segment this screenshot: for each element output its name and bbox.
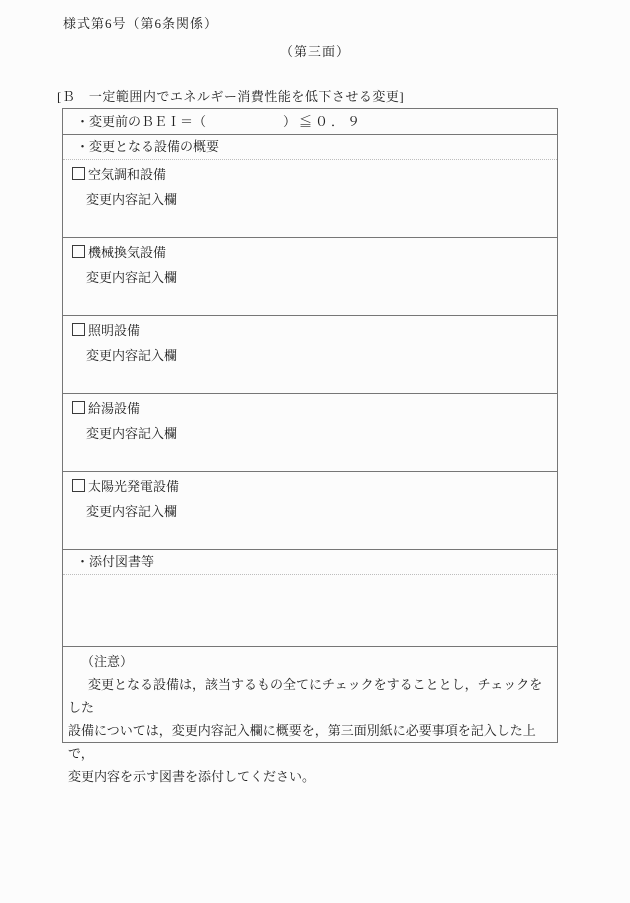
equipment-label-line: 給湯設備 [72,400,549,418]
attachments-row: ・添付図書等 [63,550,557,575]
equipment-label-line: 照明設備 [72,322,549,340]
checkbox-solar-power[interactable] [72,479,85,492]
notes-line: 変更内容を示す図書を添付してください。 [68,765,552,788]
entry-field-label: 変更内容記入欄 [72,191,549,209]
entry-field-label: 変更内容記入欄 [72,503,549,521]
bei-row: ・変更前のＢＥＩ＝（）≦０．９ [63,109,557,135]
entry-area-solar-power[interactable] [72,521,549,545]
equipment-label-line: 太陽光発電設備 [72,478,549,496]
bei-value-field[interactable] [206,116,283,126]
notes-line: 設備については，変更内容記入欄に概要を，第三面別紙に必要事項を記入した上で， [68,719,552,765]
equipment-label: 太陽光発電設備 [88,479,179,494]
document-page: 様式第6号（第6条関係） （第三面） [Ｂ 一定範囲内でエネルギー消費性能を低下… [0,0,630,903]
entry-area-air-conditioning[interactable] [72,209,549,233]
entry-area-mechanical-ventilation[interactable] [72,287,549,311]
equipment-block-mechanical-ventilation: 機械換気設備 変更内容記入欄 [63,238,557,316]
entry-field-label: 変更内容記入欄 [72,269,549,287]
equipment-label-line: 空気調和設備 [72,166,549,184]
bei-suffix-label: ）≦０．９ [283,114,363,129]
notes-line: 変更となる設備は，該当するもの全てにチェックをすることとし，チェックをした [68,673,552,719]
equipment-block-air-conditioning: 空気調和設備 変更内容記入欄 [63,160,557,238]
change-form-table: ・変更前のＢＥＩ＝（）≦０．９ ・変更となる設備の概要 空気調和設備 変更内容記… [62,108,558,743]
entry-field-label: 変更内容記入欄 [72,347,549,365]
equipment-label-line: 機械換気設備 [72,244,549,262]
equipment-label: 空気調和設備 [88,167,166,182]
entry-area-hot-water[interactable] [72,443,549,467]
attachments-entry-area[interactable] [63,575,557,647]
form-number-label: 様式第6号（第6条関係） [63,13,218,32]
notes-title: （注意） [68,650,552,673]
section-title: [Ｂ 一定範囲内でエネルギー消費性能を低下させる変更] [57,86,404,105]
equipment-label: 機械換気設備 [88,245,166,260]
page-face-label: （第三面） [0,41,630,60]
notes-section: （注意） 変更となる設備は，該当するもの全てにチェックをすることとし，チェックを… [63,647,557,742]
checkbox-air-conditioning[interactable] [72,167,85,180]
checkbox-mechanical-ventilation[interactable] [72,245,85,258]
equipment-block-solar-power: 太陽光発電設備 変更内容記入欄 [63,472,557,550]
equipment-overview-row: ・変更となる設備の概要 [63,135,557,160]
equipment-block-hot-water: 給湯設備 変更内容記入欄 [63,394,557,472]
checkbox-lighting[interactable] [72,323,85,336]
equipment-label: 給湯設備 [88,401,140,416]
equipment-block-lighting: 照明設備 変更内容記入欄 [63,316,557,394]
entry-field-label: 変更内容記入欄 [72,425,549,443]
bei-prefix-label: ・変更前のＢＥＩ＝（ [76,114,206,129]
equipment-label: 照明設備 [88,323,140,338]
entry-area-lighting[interactable] [72,365,549,389]
checkbox-hot-water[interactable] [72,401,85,414]
